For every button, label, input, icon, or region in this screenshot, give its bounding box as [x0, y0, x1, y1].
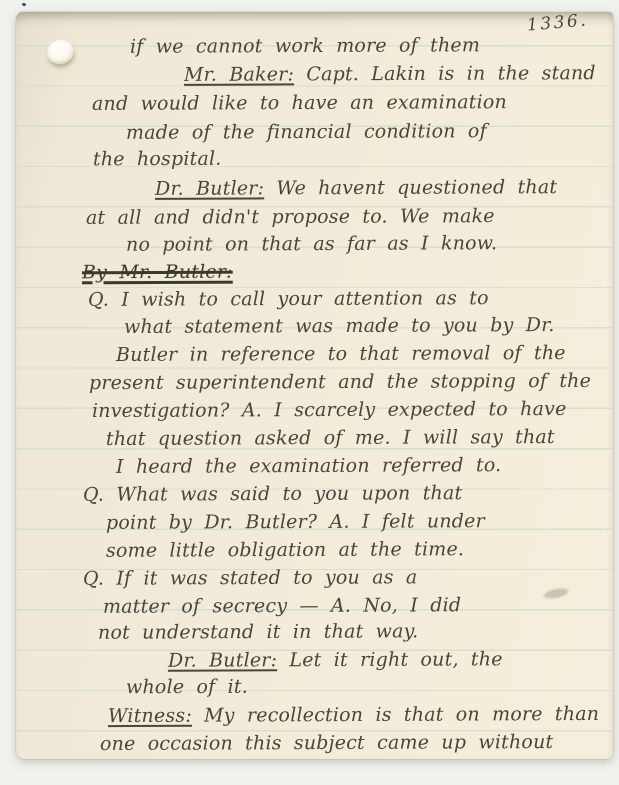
speaker-label: Witness: [108, 705, 192, 727]
dust-speck [22, 2, 27, 6]
handwriting-text: not understand it in that way. [98, 620, 418, 643]
handwriting-text: We havent questioned that [264, 176, 557, 199]
handwriting-text: point by Dr. Butler? A. I felt under [106, 510, 485, 534]
speaker-label: Dr. Butler: [168, 649, 277, 671]
handwritten-line: investigation? A. I scarcely expected to… [92, 397, 567, 423]
handwriting-text: and would like to have an examination [92, 91, 507, 115]
handwriting-text: investigation? A. I scarcely expected to… [92, 398, 567, 422]
handwriting-text: Q. What was said to you upon that [83, 482, 462, 506]
speaker-label: Dr. Butler: [155, 177, 264, 199]
handwritten-line: I heard the examination referred to. [116, 453, 501, 479]
handwriting-text: I heard the examination referred to. [116, 454, 501, 478]
handwriting-text: that question asked of me. I will say th… [106, 426, 555, 450]
handwritten-line: that question asked of me. I will say th… [106, 425, 555, 451]
struck-out-text: By Mr. Butler: [82, 261, 233, 284]
handwritten-line: not understand it in that way. [98, 619, 418, 644]
handwriting-text: Let it right out, the [277, 648, 503, 671]
handwriting-text: whole of it. [126, 676, 248, 699]
handwriting-text: the hospital. [93, 148, 222, 171]
handwritten-line: whole of it. [126, 675, 248, 700]
handwritten-line: Dr. Butler: We havent questioned that [155, 175, 557, 201]
handwritten-line: one occasion this subject came up withou… [100, 730, 553, 756]
handwritten-line: Mr. Baker: Capt. Lakin is in the stand [184, 61, 596, 87]
handwriting-text: one occasion this subject came up withou… [100, 731, 553, 755]
handwriting-text: no point on that as far as I know. [126, 232, 497, 256]
handwritten-line: Witness: My recollection is that on more… [108, 702, 599, 728]
handwriting-text: matter of secrecy — A. No, I did [103, 594, 461, 618]
scanned-document-background: { "page": { "page_number": "1336.", "col… [0, 0, 619, 785]
handwriting-text: what statement was made to you by Dr. [124, 314, 555, 338]
handwritten-line: what statement was made to you by Dr. [124, 313, 555, 339]
handwritten-line: Q. If it was stated to you as a [83, 565, 418, 590]
handwritten-line: present superintendent and the stopping … [89, 369, 591, 395]
speaker-label: Mr. Baker: [184, 63, 294, 85]
manuscript-page: 1336. if we cannot work more of themMr. … [16, 12, 613, 759]
handwriting-text: if we cannot work more of them [130, 34, 480, 58]
handwritten-line: Q. I wish to call your attention as to [88, 286, 489, 312]
handwritten-text: if we cannot work more of themMr. Baker:… [16, 12, 613, 759]
handwriting-text: Q. If it was stated to you as a [83, 566, 418, 589]
handwritten-line: point by Dr. Butler? A. I felt under [106, 509, 485, 535]
handwriting-text: Q. I wish to call your attention as to [88, 287, 489, 311]
handwritten-line: the hospital. [93, 147, 222, 172]
handwritten-line: Dr. Butler: Let it right out, the [168, 647, 503, 672]
handwritten-line: By Mr. Butler: [82, 260, 233, 285]
handwriting-text: at all and didn't propose to. We make [86, 205, 495, 229]
handwritten-line: no point on that as far as I know. [126, 231, 497, 257]
handwritten-line: if we cannot work more of them [130, 33, 480, 59]
handwritten-line: and would like to have an examination [92, 90, 507, 116]
handwriting-text: some little obligation at the time. [106, 538, 464, 562]
handwriting-text: made of the financial condition of [126, 120, 487, 144]
handwriting-text: My recollection is that on more than [192, 703, 599, 727]
handwritten-line: made of the financial condition of [126, 119, 487, 145]
handwriting-text: Capt. Lakin is in the stand [294, 62, 596, 85]
handwritten-line: Butler in reference to that removal of t… [116, 341, 566, 367]
handwriting-text: present superintendent and the stopping … [89, 370, 591, 394]
handwritten-line: some little obligation at the time. [106, 537, 464, 563]
handwritten-line: at all and didn't propose to. We make [86, 204, 495, 230]
handwriting-text: Butler in reference to that removal of t… [116, 342, 566, 366]
handwritten-line: matter of secrecy — A. No, I did [103, 593, 461, 619]
handwritten-line: Q. What was said to you upon that [83, 481, 462, 507]
